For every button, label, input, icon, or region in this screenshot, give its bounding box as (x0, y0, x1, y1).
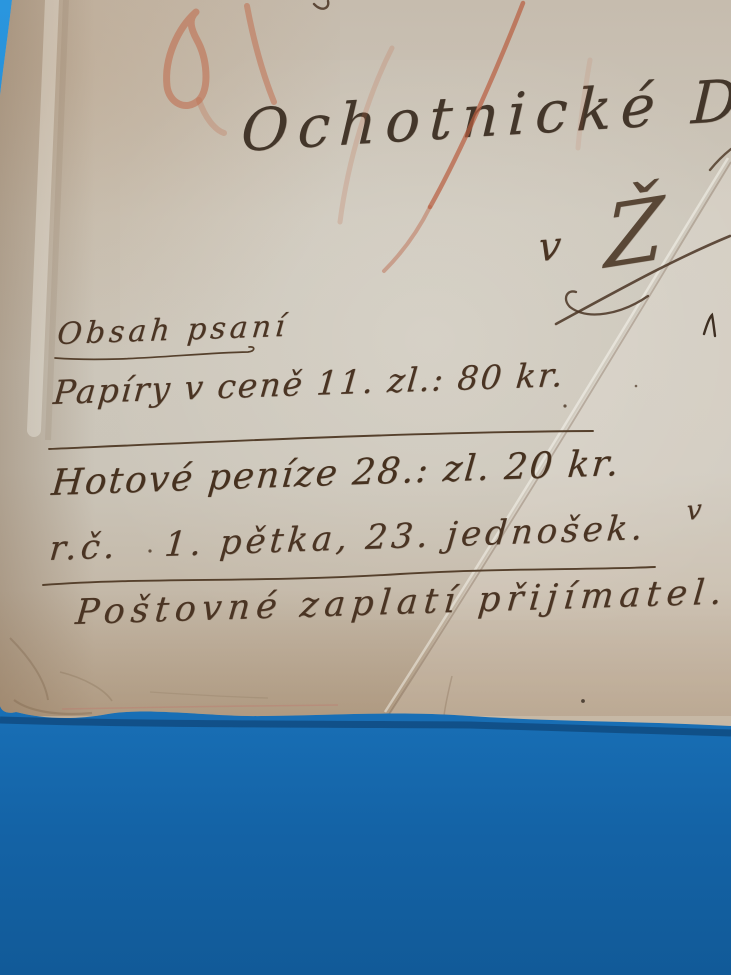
contents-heading: Obsah psaní (56, 312, 290, 350)
side-note-v: v (686, 496, 702, 525)
photo-of-envelope: Ochotnické Di v Ž Obsah psaní Papíry v c… (0, 0, 731, 975)
address-line-2-prefix: v (537, 226, 562, 268)
address-line-2-initial: Ž (604, 185, 665, 282)
rc-gap (118, 556, 164, 558)
rc-label: r.č. (48, 526, 121, 569)
